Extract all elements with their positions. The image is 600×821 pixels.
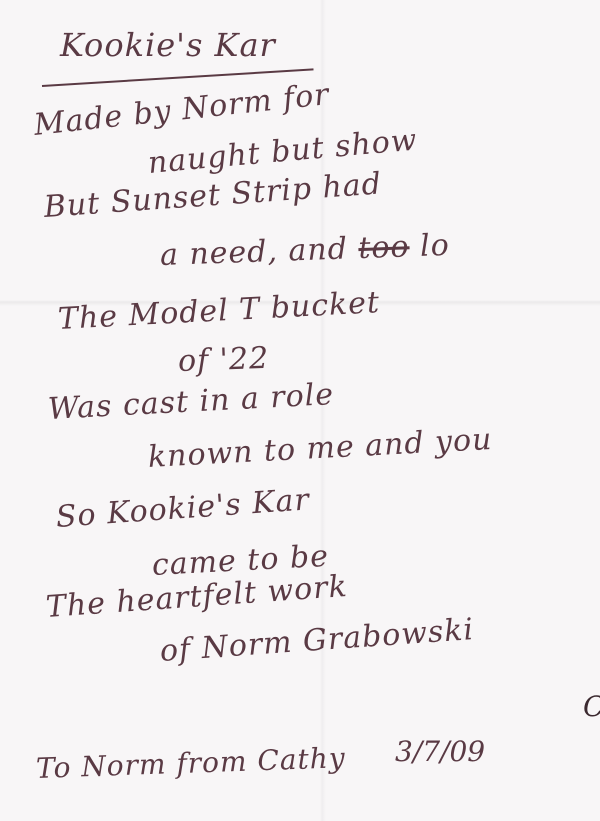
- date: 3/7/09: [395, 735, 485, 768]
- poem-line-4-text: a need, and: [159, 231, 348, 273]
- margin-mark: C: [583, 690, 600, 723]
- poem-title: Kookie's Kar: [60, 26, 276, 64]
- corrected-word: lo: [419, 228, 450, 264]
- poem-line-6: of '22: [177, 341, 269, 379]
- struck-out-word: too: [358, 229, 410, 266]
